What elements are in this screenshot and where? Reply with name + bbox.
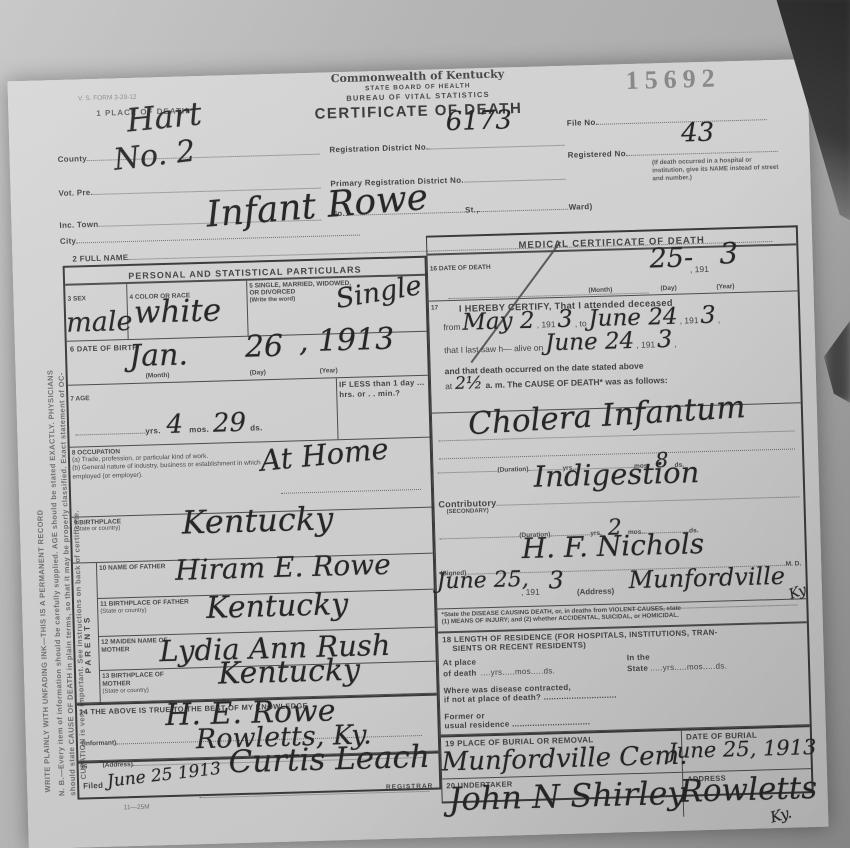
comma-print: , [718, 315, 721, 325]
ward-label: Ward) [568, 202, 592, 212]
dod-day-sublabel: (Day) [660, 285, 676, 292]
personal-particulars-section: PERSONAL AND STATISTICAL PARTICULARS 3 S… [63, 256, 442, 800]
certify-lastsaw-line: that I last saw h— alive on June 24 , 19… [444, 333, 795, 358]
lastsaw-year-printed: , 191 [636, 339, 655, 350]
father-name-label: 10 NAME OF FATHER [99, 563, 179, 573]
father-birthplace-value: Kentucky [206, 590, 349, 624]
from-year-printed: , 191 [536, 319, 555, 330]
year-sublabel: (Year) [320, 367, 338, 375]
hospital-note: (If death occurred in a hospital or inst… [652, 156, 781, 183]
precinct-label: Vot. Pre. [58, 188, 93, 198]
md-label: M. D. [786, 560, 802, 567]
county-label: County [57, 154, 87, 164]
lastsaw-label: that I last saw h— alive on [444, 342, 543, 355]
registration-district-label: Registration District No. [329, 142, 428, 154]
father-name-value: Hiram E. Rowe [175, 551, 391, 585]
dotted-leader [464, 166, 566, 182]
age-mos-label: mos. [189, 424, 209, 434]
dotted-leader [75, 420, 145, 436]
parents-rows: 10 NAME OF FATHER Hiram E. Rowe 11 BIRTH… [97, 554, 437, 702]
at-place-label2: of death [443, 668, 477, 678]
at-place-label1: At place [443, 657, 477, 667]
undertaker-address-value: Rowletts [679, 773, 817, 808]
dob-year: , 1913 [298, 325, 394, 358]
marital-value: Single [334, 272, 424, 313]
registrar-value: Curtis Leach [228, 742, 430, 779]
duration-label: (Duration) [497, 466, 528, 474]
day-sublabel: (Day) [250, 369, 266, 376]
undertaker-address-cell: ADDRESS Rowletts Ky. [683, 769, 812, 817]
certificate-header: Commonwealth of Kentucky STATE BOARD OF … [257, 65, 578, 124]
cause-of-death-area: Cholera Infantum [432, 403, 802, 453]
from-label: from [443, 322, 460, 332]
dod-year-value: 3 [719, 239, 738, 269]
if-less-cell: IF LESS than 1 day ... hrs. or . . min.? [336, 376, 430, 440]
signed-date-value: June 25, [436, 569, 529, 594]
age-value-line: yrs. 4 mos. 29 ds. [75, 415, 325, 441]
dod-day-value: 25- [649, 244, 693, 272]
burial-place-value: Munfordville Cem. [441, 743, 688, 776]
st-label: St., [465, 205, 479, 214]
cause-intro: a. m. The CAUSE OF DEATH* was as follows… [485, 375, 667, 390]
burial-place-cell: 19 PLACE OF BURIAL OR REMOVAL Munfordvil… [441, 731, 683, 779]
dotted-leader [439, 523, 519, 539]
signed-value: H. F. Nichols [521, 530, 704, 563]
in-the-label: In the [627, 653, 650, 663]
undertaker-cell: 20 UNDERTAKER John N Shirley [442, 773, 684, 824]
at-place-line: of death ....yrs.....mos.....ds. [443, 666, 555, 678]
age-cell: 7 AGE yrs. 4 mos. 29 ds. [68, 378, 338, 446]
lastsaw-date-value: June 24 [545, 330, 635, 355]
file-no-label: File No. [567, 117, 599, 127]
file-no-line: File No. [567, 106, 767, 127]
undertaker-value: John N Shirley [448, 777, 686, 816]
undertaker-row: 20 UNDERTAKER John N Shirley ADDRESS Row… [442, 769, 812, 823]
from-year-value: 3 [557, 307, 573, 331]
from-date-value: May 2 [462, 310, 535, 335]
precinct-value: No. 2 [112, 137, 197, 176]
registered-no-label: Registered No. [568, 149, 629, 160]
informant-label: (Informant) [82, 739, 116, 747]
undertaker-address-ky: Ky. [769, 805, 794, 825]
dotted-leader [437, 458, 497, 473]
parents-vertical-label: PARENTS [82, 615, 93, 674]
age-ds-label: ds. [250, 423, 263, 432]
burial-date-cell: DATE OF BURIAL June 25, 1913 [682, 727, 811, 772]
sex-label: 3 SEX [67, 295, 86, 303]
race-cell: 4 COLOR OR RACE white [127, 281, 248, 339]
age-label: 7 AGE [70, 395, 89, 403]
certify-number: 17 [431, 304, 438, 311]
city-label: City [60, 236, 77, 245]
to-label: , to [575, 318, 587, 328]
certificate-paper: WRITE PLAINLY WITH UNFADING INK—THIS IS … [7, 59, 828, 848]
race-value: white [134, 295, 222, 328]
age-months-value: 4 [166, 411, 183, 437]
photograph-of-certificate: WRITE PLAINLY WITH UNFADING INK—THIS IS … [0, 0, 850, 848]
at-label: at [445, 381, 452, 391]
filed-label: Filed [83, 781, 103, 791]
edge-shadow [824, 318, 850, 404]
age-days-value: 29 [213, 409, 247, 436]
dob-month: Jan. [129, 340, 189, 372]
if-less-note: IF LESS than 1 day ... hrs. or . . min.? [339, 378, 427, 401]
in-state-line: State .....yrs.....mos.....ds. [627, 661, 727, 673]
stamp-number: 15692 [625, 63, 721, 96]
full-name-label: 2 FULL NAME [72, 253, 128, 264]
sex-cell: 3 SEX male [65, 284, 129, 341]
signed-address-value: Munfordville [628, 564, 785, 592]
dotted-leader [281, 476, 421, 493]
registration-district-value: 6173 [445, 107, 512, 135]
dod-month-sublabel: (Month) [588, 287, 612, 295]
filed-number: 15 [81, 764, 88, 770]
county-value: Hart [125, 97, 203, 136]
signed-year-value: 3 [548, 568, 564, 592]
registered-no-value: 43 [681, 120, 715, 147]
comma-print: , [674, 339, 677, 349]
sex-value: male [66, 308, 133, 337]
dod-label: 16 DATE OF DEATH [430, 264, 491, 273]
to-year-printed: , 191 [679, 315, 698, 326]
at-place-dots: ....yrs.....mos.....ds. [481, 666, 556, 677]
state-label: State [627, 664, 648, 674]
dod-year-printed: , 191 [690, 264, 709, 275]
lastsaw-year-value: 3 [657, 327, 673, 351]
medical-certificate-section: MEDICAL CERTIFICATE OF DEATH 16 DATE OF … [426, 225, 814, 803]
month-sublabel: (Month) [146, 372, 170, 380]
dod-year-sublabel: (Year) [716, 283, 734, 291]
parents-section: PARENTS 10 NAME OF FATHER Hiram E. Rowe … [73, 554, 437, 704]
burial-date-value: June 25, 1913 [668, 737, 817, 762]
signed-year-printed: , 191 [521, 587, 540, 598]
birthplace-value: Kentucky [181, 502, 333, 538]
at-time-value: 2½ [455, 375, 483, 393]
age-yrs-label: yrs. [145, 426, 161, 435]
registrar-label: REGISTRAR [386, 783, 433, 791]
mother-birthplace-value: Kentucky [218, 656, 361, 690]
dob-day: 26 [245, 332, 284, 363]
to-year-value: 3 [700, 303, 716, 327]
dotted-leader [478, 196, 568, 212]
bottom-form-number: 11—25M [124, 804, 150, 812]
contributory-value: Indigestion [533, 458, 699, 492]
signed-address-label: (Address) [577, 587, 615, 597]
in-state-dots: .....yrs.....mos.....ds. [650, 661, 727, 672]
